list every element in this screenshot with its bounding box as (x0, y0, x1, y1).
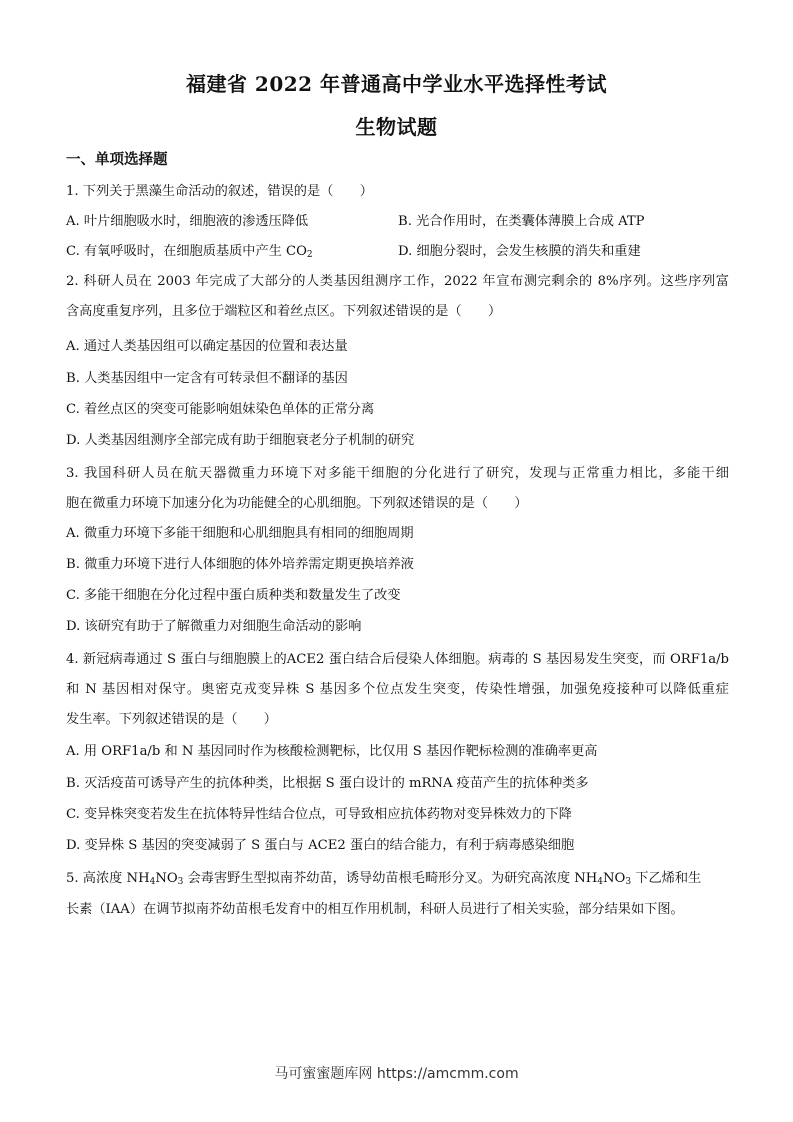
section-heading: 一、单项选择题 (66, 148, 168, 169)
question-1-stem: 1. 下列关于黑藻生命活动的叙述，错误的是（ ） (66, 182, 373, 202)
exam-subtitle: 生物试题 (0, 111, 793, 140)
stem-text: 5. 高浓度 NH (66, 871, 150, 886)
question-3-option-b: B. 微重力环境下进行人体细胞的体外培养需定期更换培养液 (66, 555, 414, 575)
question-3-option-d: D. 该研究有助于了解微重力对细胞生命活动的影响 (66, 617, 361, 637)
question-2-stem-line-1: 2. 科研人员在 2003 年完成了大部分的人类基因组测序工作，2022 年宣布… (66, 272, 729, 292)
stem-text: 下乙烯和生 (631, 871, 701, 886)
stem-text: NO (603, 871, 625, 886)
question-2-option-d: D. 人类基因组测序全部完成有助于细胞衰老分子机制的研究 (66, 431, 414, 451)
question-3-option-c: C. 多能干细胞在分化过程中蛋白质种类和数量发生了改变 (66, 586, 401, 606)
subscript: 2 (307, 250, 313, 260)
question-1-option-b: B. 光合作用时，在类囊体薄膜上合成 ATP (398, 212, 645, 232)
exam-title: 福建省 2022 年普通高中学业水平选择性考试 (0, 68, 793, 97)
question-4-stem-line-3: 发生率。下列叙述错误的是（ ） (66, 710, 277, 730)
stem-text: 会毒害野生型拟南芥幼苗，诱导幼苗根毛畸形分叉。为研究高浓度 NH (183, 871, 597, 886)
question-1-option-c: C. 有氧呼吸时，在细胞质基质中产生 CO2 (66, 242, 313, 262)
question-2-option-b: B. 人类基因组中一定含有可转录但不翻译的基因 (66, 369, 348, 389)
question-1-option-a: A. 叶片细胞吸水时，细胞液的渗透压降低 (66, 212, 308, 232)
footer-watermark: 马可蜜蜜题库网 https://amcmm.com (0, 1063, 793, 1083)
question-2-stem-line-2: 含高度重复序列，且多位于端粒区和着丝点区。下列叙述错误的是（ ） (66, 302, 501, 322)
question-4-stem-line-2: 和 N 基因相对保守。奥密克戎变异株 S 基因多个位点发生突变，传染性增强，加强… (66, 680, 729, 700)
question-3-option-a: A. 微重力环境下多能干细胞和心肌细胞具有相同的细胞周期 (66, 524, 414, 544)
question-2-option-a: A. 通过人类基因组可以确定基因的位置和表达量 (66, 337, 348, 357)
question-4-option-c: C. 变异株突变若发生在抗体特异性结合位点，可导致相应抗体药物对变异株效力的下降 (66, 805, 572, 825)
question-5-stem-line-2: 长素（IAA）在调节拟南芥幼苗根毛发育中的相互作用机制，科研人员进行了相关实验，… (66, 900, 684, 920)
question-4-option-b: B. 灭活疫苗可诱导产生的抗体种类，比根据 S 蛋白设计的 mRNA 疫苗产生的… (66, 774, 589, 794)
exam-page: 福建省 2022 年普通高中学业水平选择性考试 生物试题 一、单项选择题 1. … (0, 0, 793, 1122)
question-5-stem-line-1: 5. 高浓度 NH4NO3 会毒害野生型拟南芥幼苗，诱导幼苗根毛畸形分叉。为研究… (66, 869, 701, 889)
question-4-option-a: A. 用 ORF1a/b 和 N 基因同时作为核酸检测靶标，比仅用 S 基因作靶… (66, 742, 597, 762)
question-4-option-d: D. 变异株 S 基因的突变减弱了 S 蛋白与 ACE2 蛋白的结合能力，有利于… (66, 836, 574, 856)
option-c-text: C. 有氧呼吸时，在细胞质基质中产生 CO (66, 244, 307, 259)
question-4-stem-line-1: 4. 新冠病毒通过 S 蛋白与细胞膜上的ACE2 蛋白结合后侵染人体细胞。病毒的… (66, 650, 729, 670)
stem-text: NO (155, 871, 177, 886)
question-3-stem-line-2: 胞在微重力环境下加速分化为功能健全的心肌细胞。下列叙述错误的是（ ） (66, 494, 528, 514)
question-3-stem-line-1: 3. 我国科研人员在航天器微重力环境下对多能干细胞的分化进行了研究，发现与正常重… (66, 464, 729, 484)
question-2-option-c: C. 着丝点区的突变可能影响姐妹染色单体的正常分离 (66, 400, 374, 420)
question-1-option-d: D. 细胞分裂时，会发生核膜的消失和重建 (398, 242, 641, 262)
